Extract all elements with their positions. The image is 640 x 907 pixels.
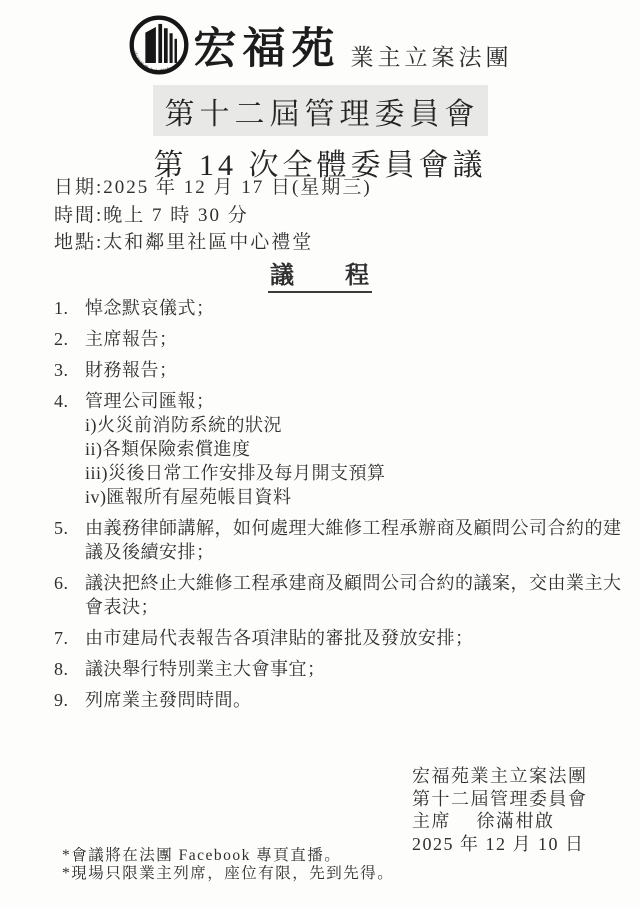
date-label: 日期: bbox=[54, 177, 103, 198]
agenda-item-8: 8. 議決舉行特別業主大會事宜； bbox=[54, 657, 640, 681]
agenda-item-text: 由市建局代表報告各項津貼的審批及發放安排； bbox=[85, 626, 633, 650]
signature-chairman: 主席 徐滿柑啟 bbox=[412, 810, 588, 833]
footnote-seating: *現場只限業主列席，座位有限，先到先得。 bbox=[62, 865, 394, 883]
agenda-item-text: 主席報告； bbox=[85, 327, 633, 351]
meeting-venue-line: 地點:太和鄰里社區中心禮堂 bbox=[54, 229, 372, 257]
date-value: 2025 年 12 月 17 日(星期三) bbox=[103, 177, 371, 198]
agenda-item-text: 悼念默哀儀式； bbox=[85, 296, 633, 320]
agenda-item-number: 6. bbox=[54, 571, 85, 619]
agenda-item-6: 6. 議決把終止大維修工程承建商及顧問公司合約的議案，交由業主大會表決； bbox=[54, 571, 640, 619]
org-name: 業主立案法團 bbox=[351, 39, 513, 72]
footnote-livestream: *會議將在法團 Facebook 專頁直播。 bbox=[62, 847, 394, 865]
agenda-item-number: 9. bbox=[54, 688, 85, 712]
agenda-item-number: 2. bbox=[54, 327, 85, 351]
document-header: 宏福苑業主立案法團 宏福苑 業主立案法團 第十二屆管理委員會 第 14 次全體委… bbox=[0, 12, 640, 184]
estate-name: 宏福苑 bbox=[194, 15, 341, 76]
meeting-time-line: 時間:晚上 7 時 30 分 bbox=[54, 202, 372, 230]
agenda-item-text-block: 管理公司匯報； i)火災前消防系統的狀況 ii)各類保險索償進度 iii)災後日… bbox=[85, 389, 633, 509]
agenda-item-number: 8. bbox=[54, 657, 85, 681]
venue-label: 地點: bbox=[54, 232, 103, 253]
agenda-item-5: 5. 由義務律師講解，如何處理大維修工程承辦商及顧問公司合約的建議及後續安排； bbox=[54, 516, 640, 564]
agenda-item-text: 管理公司匯報； bbox=[85, 389, 633, 413]
agenda-subitem-ii: ii)各類保險索償進度 bbox=[85, 437, 633, 461]
signature-org: 宏福苑業主立案法團 bbox=[412, 765, 588, 788]
agenda-subitem-iii: iii)災後日常工作安排及每月開支預算 bbox=[85, 461, 633, 485]
agenda-item-number: 3. bbox=[54, 358, 85, 382]
agenda-item-number: 4. bbox=[54, 389, 85, 509]
agenda-item-text: 議決把終止大維修工程承建商及顧問公司合約的議案，交由業主大會表決； bbox=[85, 571, 633, 619]
agenda-item-text: 由義務律師講解，如何處理大維修工程承辦商及顧問公司合約的建議及後續安排； bbox=[85, 516, 633, 564]
meeting-date-line: 日期:2025 年 12 月 17 日(星期三) bbox=[54, 174, 372, 202]
agenda-item-1: 1. 悼念默哀儀式； bbox=[54, 296, 640, 320]
agenda-item-3: 3. 財務報告； bbox=[54, 358, 640, 382]
agenda-list: 1. 悼念默哀儀式； 2. 主席報告； 3. 財務報告； 4. 管理公司匯報； … bbox=[54, 296, 640, 719]
agenda-item-7: 7. 由市建局代表報告各項津貼的審批及發放安排； bbox=[54, 626, 640, 650]
venue-value: 太和鄰里社區中心禮堂 bbox=[103, 232, 313, 253]
agenda-item-2: 2. 主席報告； bbox=[54, 327, 640, 351]
estate-logo-icon: 宏福苑業主立案法團 bbox=[128, 14, 190, 76]
agenda-item-text: 議決舉行特別業主大會事宜； bbox=[85, 657, 633, 681]
agenda-heading: 議 程 bbox=[268, 255, 372, 293]
agenda-item-text: 財務報告； bbox=[85, 358, 633, 382]
agenda-item-9: 9. 列席業主發問時間。 bbox=[54, 688, 640, 712]
agenda-heading-row: 議 程 bbox=[0, 255, 640, 293]
meeting-info: 日期:2025 年 12 月 17 日(星期三) 時間:晚上 7 時 30 分 … bbox=[54, 174, 372, 257]
agenda-item-number: 5. bbox=[54, 516, 85, 564]
agenda-subitem-i: i)火災前消防系統的狀況 bbox=[85, 413, 633, 437]
signature-committee: 第十二屆管理委員會 bbox=[412, 788, 588, 811]
agenda-item-4: 4. 管理公司匯報； i)火災前消防系統的狀況 ii)各類保險索償進度 iii)… bbox=[54, 389, 640, 509]
signature-date: 2025 年 12 月 10 日 bbox=[412, 833, 588, 856]
committee-title-row: 第十二屆管理委員會 bbox=[0, 85, 640, 136]
time-value: 晚上 7 時 30 分 bbox=[103, 205, 249, 226]
agenda-item-number: 7. bbox=[54, 626, 85, 650]
agenda-item-text: 列席業主發問時間。 bbox=[85, 688, 633, 712]
time-label: 時間: bbox=[54, 205, 103, 226]
agenda-subitem-iv: iv)匯報所有屋苑帳目資料 bbox=[85, 485, 633, 509]
committee-title: 第十二屆管理委員會 bbox=[153, 85, 488, 136]
logo-row: 宏福苑業主立案法團 宏福苑 業主立案法團 bbox=[0, 12, 640, 78]
footnotes: *會議將在法團 Facebook 專頁直播。 *現場只限業主列席，座位有限，先到… bbox=[62, 847, 394, 883]
signature-block: 宏福苑業主立案法團 第十二屆管理委員會 主席 徐滿柑啟 2025 年 12 月 … bbox=[412, 765, 588, 855]
meeting-notice-document: 宏福苑業主立案法團 宏福苑 業主立案法團 第十二屆管理委員會 第 14 次全體委… bbox=[0, 0, 640, 907]
agenda-item-number: 1. bbox=[54, 296, 85, 320]
